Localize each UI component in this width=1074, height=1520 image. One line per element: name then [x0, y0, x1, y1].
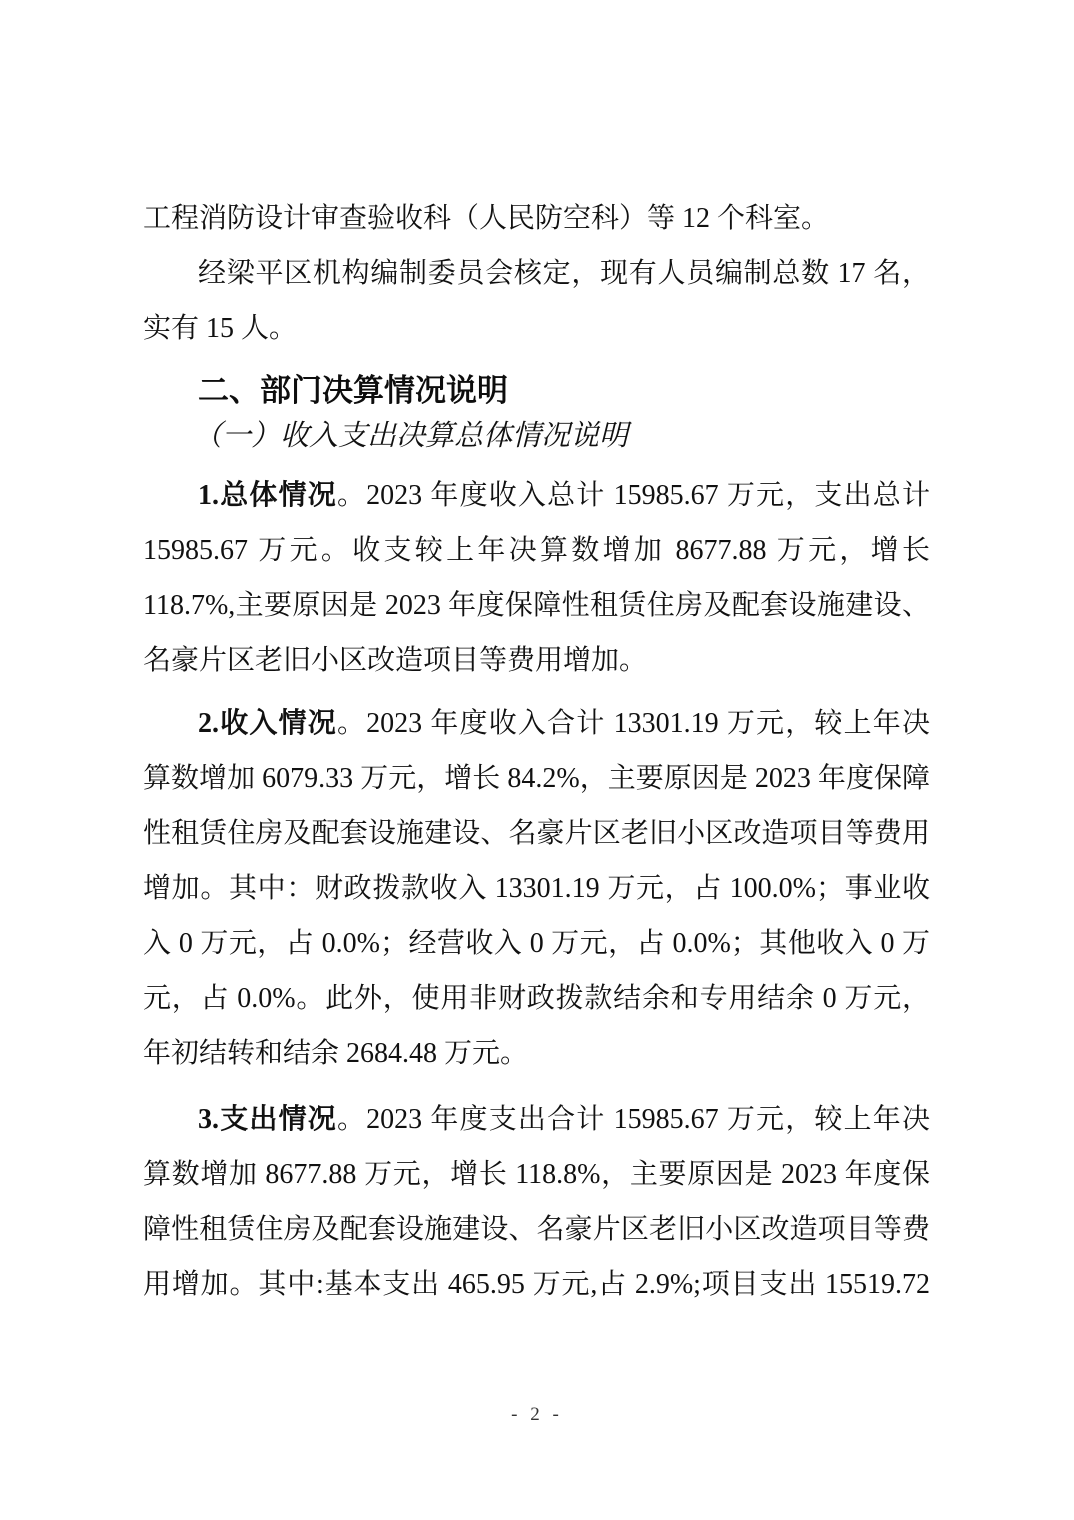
paragraph-expenditure: 3.支出情况。2023 年度支出合计 15985.67 万元，较上年决 算数增加… — [143, 1092, 930, 1312]
body-line: 118.7%,主要原因是 2023 年度保障性租赁住房及配套设施建设、 — [143, 578, 930, 633]
paragraph-lead-label: 1.总体情况 — [198, 480, 337, 511]
body-line: 年初结转和结余 2684.48 万元。 — [143, 1026, 930, 1081]
body-line: 障性租赁住房及配套设施建设、名豪片区老旧小区改造项目等费 — [143, 1202, 930, 1257]
body-line: 2.收入情况。2023 年度收入合计 13301.19 万元，较上年决 — [143, 696, 930, 751]
paragraph-lead-rest: 。2023 年度收入总计 15985.67 万元，支出总计 — [337, 480, 930, 511]
body-line: 入 0 万元，占 0.0%；经营收入 0 万元，占 0.0%；其他收入 0 万 — [143, 916, 930, 971]
body-line: 15985.67 万元。收支较上年决算数增加 8677.88 万元，增长 — [143, 523, 930, 578]
body-line: 1.总体情况。2023 年度收入总计 15985.67 万元，支出总计 — [143, 468, 930, 523]
body-line: 性租赁住房及配套设施建设、名豪片区老旧小区改造项目等费用 — [143, 806, 930, 861]
paragraph-lead-rest: 。2023 年度收入合计 13301.19 万元，较上年决 — [337, 708, 930, 739]
paragraph-income: 2.收入情况。2023 年度收入合计 13301.19 万元，较上年决 算数增加… — [143, 696, 930, 1081]
body-line: 经梁平区机构编制委员会核定，现有人员编制总数 17 名， — [143, 246, 930, 301]
paragraph-lead-label: 2.收入情况 — [198, 708, 337, 739]
body-line: 工程消防设计审查验收科（人民防空科）等 12 个科室。 — [143, 191, 930, 246]
intro-paragraph: 工程消防设计审查验收科（人民防空科）等 12 个科室。 经梁平区机构编制委员会核… — [143, 191, 930, 356]
body-line: 实有 15 人。 — [143, 301, 930, 356]
document-body: 工程消防设计审查验收科（人民防空科）等 12 个科室。 经梁平区机构编制委员会核… — [143, 191, 930, 1312]
body-line: 算数增加 8677.88 万元，增长 118.8%，主要原因是 2023 年度保 — [143, 1147, 930, 1202]
document-page: 工程消防设计审查验收科（人民防空科）等 12 个科室。 经梁平区机构编制委员会核… — [0, 0, 1074, 1520]
body-line: 名豪片区老旧小区改造项目等费用增加。 — [143, 633, 930, 688]
paragraph-lead-rest: 。2023 年度支出合计 15985.67 万元，较上年决 — [337, 1104, 930, 1135]
body-line: 用增加。其中:基本支出 465.95 万元,占 2.9%;项目支出 15519.… — [143, 1257, 930, 1312]
page-number: - 2 - — [0, 1404, 1074, 1426]
body-line: 算数增加 6079.33 万元，增长 84.2%，主要原因是 2023 年度保障 — [143, 751, 930, 806]
body-line: 增加。其中：财政拨款收入 13301.19 万元，占 100.0%；事业收 — [143, 861, 930, 916]
paragraph-overall: 1.总体情况。2023 年度收入总计 15985.67 万元，支出总计 1598… — [143, 468, 930, 688]
body-line: 元，占 0.0%。此外，使用非财政拨款结余和专用结余 0 万元， — [143, 971, 930, 1026]
sub-heading: （一）收入支出决算总体情况说明 — [143, 409, 930, 464]
paragraph-lead-label: 3.支出情况 — [198, 1104, 337, 1135]
body-line: 3.支出情况。2023 年度支出合计 15985.67 万元，较上年决 — [143, 1092, 930, 1147]
